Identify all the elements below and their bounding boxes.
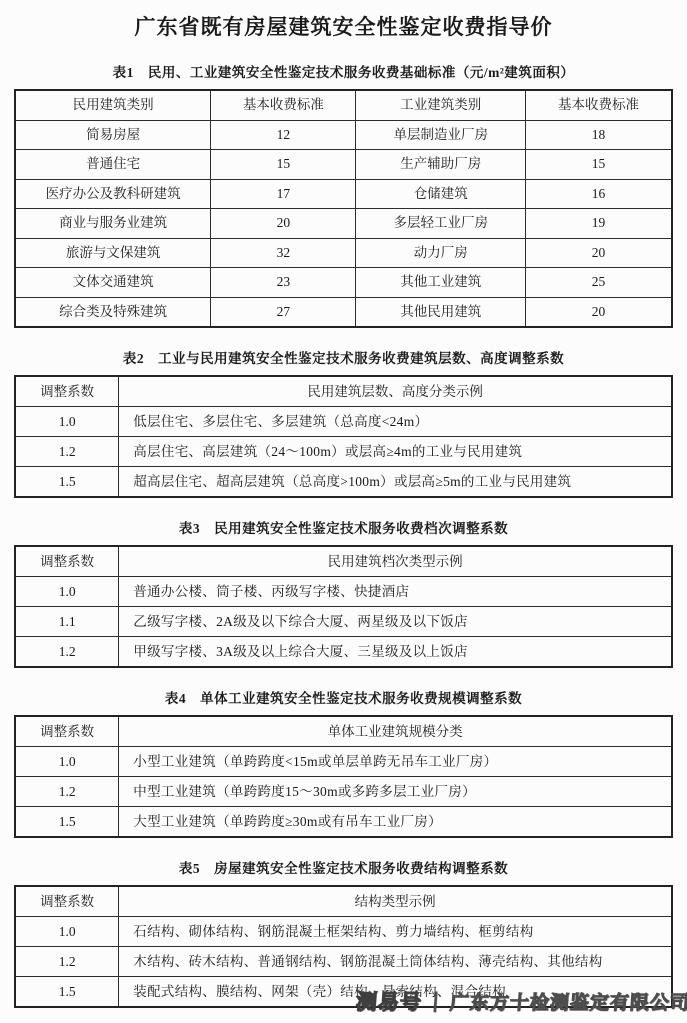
- column-header: 调整系数: [15, 716, 119, 747]
- table-cell: 简易房屋: [15, 120, 211, 150]
- watermark: 测易号｜广东方十检测鉴定有限公司: [355, 986, 687, 1016]
- table-cell: 单层制造业厂房: [356, 120, 526, 150]
- table-cell: 27: [211, 297, 356, 327]
- table-row: 1.2高层住宅、高层建筑（24～100m）或层高≥4m的工业与民用建筑: [15, 437, 672, 467]
- table-row: 1.0小型工业建筑（单跨跨度<15m或单层单跨无吊车工业厂房）: [15, 747, 672, 777]
- table-cell: 17: [211, 179, 356, 209]
- coefficient-cell: 1.2: [15, 777, 119, 807]
- table-cell: 生产辅助厂房: [356, 150, 526, 180]
- table-row: 1.2木结构、砖木结构、普通钢结构、钢筋混凝土筒体结构、薄壳结构、其他结构: [15, 947, 672, 977]
- table-cell: 20: [211, 209, 356, 239]
- document-page: 广东省既有房屋建筑安全性鉴定收费指导价 表1 民用、工业建筑安全性鉴定技术服务收…: [0, 0, 687, 1023]
- table-cell: 低层住宅、多层住宅、多层建筑（总高度<24m）: [119, 407, 672, 437]
- header-row: 调整系数结构类型示例: [15, 886, 672, 917]
- column-header: 单体工业建筑规模分类: [119, 716, 672, 747]
- table-cell: 20: [525, 297, 672, 327]
- table-cell: 普通办公楼、筒子楼、丙级写字楼、快捷酒店: [119, 577, 672, 607]
- header-row: 民用建筑类别基本收费标准工业建筑类别基本收费标准: [15, 90, 672, 120]
- table-row: 1.2甲级写字楼、3A级及以上综合大厦、三星级及以上饭店: [15, 637, 672, 668]
- table-row: 1.5超高层住宅、超高层建筑（总高度>100m）或层高≥5m的工业与民用建筑: [15, 467, 672, 498]
- table1-caption: 表1 民用、工业建筑安全性鉴定技术服务收费基础标准（元/m²建筑面积）: [14, 64, 673, 81]
- column-header: 调整系数: [15, 546, 119, 577]
- table-cell: 综合类及特殊建筑: [15, 297, 211, 327]
- header-row: 调整系数单体工业建筑规模分类: [15, 716, 672, 747]
- watermark-logo: 测易号: [355, 990, 423, 1014]
- watermark-company: 广东方十检测鉴定有限公司: [449, 993, 687, 1014]
- coefficient-cell: 1.2: [15, 637, 119, 668]
- page-title: 广东省既有房屋建筑安全性鉴定收费指导价: [14, 12, 673, 42]
- table-cell: 石结构、砌体结构、钢筋混凝土框架结构、剪力墙结构、框剪结构: [119, 917, 672, 947]
- coefficient-cell: 1.0: [15, 407, 119, 437]
- coefficient-cell: 1.0: [15, 917, 119, 947]
- table-cell: 木结构、砖木结构、普通钢结构、钢筋混凝土筒体结构、薄壳结构、其他结构: [119, 947, 672, 977]
- column-header: 调整系数: [15, 376, 119, 407]
- table-cell: 仓储建筑: [356, 179, 526, 209]
- coefficient-cell: 1.2: [15, 437, 119, 467]
- table-row: 商业与服务业建筑20多层轻工业厂房19: [15, 209, 672, 239]
- table-row: 1.0石结构、砌体结构、钢筋混凝土框架结构、剪力墙结构、框剪结构: [15, 917, 672, 947]
- table-cell: 32: [211, 238, 356, 268]
- table-row: 1.2中型工业建筑（单跨跨度15～30m或多跨多层工业厂房）: [15, 777, 672, 807]
- coefficient-cell: 1.5: [15, 807, 119, 838]
- header-row: 调整系数民用建筑层数、高度分类示例: [15, 376, 672, 407]
- table-cell: 商业与服务业建筑: [15, 209, 211, 239]
- column-header: 基本收费标准: [525, 90, 672, 120]
- table-cell: 乙级写字楼、2A级及以下综合大厦、两星级及以下饭店: [119, 607, 672, 637]
- table-cell: 甲级写字楼、3A级及以上综合大厦、三星级及以上饭店: [119, 637, 672, 668]
- table-cell: 大型工业建筑（单跨跨度≥30m或有吊车工业厂房）: [119, 807, 672, 838]
- table-cell: 小型工业建筑（单跨跨度<15m或单层单跨无吊车工业厂房）: [119, 747, 672, 777]
- scale-coef-table: 调整系数单体工业建筑规模分类1.0小型工业建筑（单跨跨度<15m或单层单跨无吊车…: [14, 715, 673, 838]
- table-cell: 超高层住宅、超高层建筑（总高度>100m）或层高≥5m的工业与民用建筑: [119, 467, 672, 498]
- table-cell: 20: [525, 238, 672, 268]
- table-cell: 多层轻工业厂房: [356, 209, 526, 239]
- coefficient-cell: 1.2: [15, 947, 119, 977]
- fee-base-table: 民用建筑类别基本收费标准工业建筑类别基本收费标准简易房屋12单层制造业厂房18普…: [14, 89, 673, 328]
- table-row: 1.1乙级写字楼、2A级及以下综合大厦、两星级及以下饭店: [15, 607, 672, 637]
- grade-coef-table: 调整系数民用建筑档次类型示例1.0普通办公楼、筒子楼、丙级写字楼、快捷酒店1.1…: [14, 545, 673, 668]
- table-row: 1.0普通办公楼、筒子楼、丙级写字楼、快捷酒店: [15, 577, 672, 607]
- coefficient-cell: 1.1: [15, 607, 119, 637]
- coefficient-cell: 1.5: [15, 467, 119, 498]
- table-row: 医疗办公及教科研建筑17仓储建筑16: [15, 179, 672, 209]
- column-header: 调整系数: [15, 886, 119, 917]
- coefficient-cell: 1.0: [15, 577, 119, 607]
- watermark-separator: ｜: [421, 993, 450, 1014]
- table-cell: 18: [525, 120, 672, 150]
- table-row: 普通住宅15生产辅助厂房15: [15, 150, 672, 180]
- table-cell: 其他工业建筑: [356, 268, 526, 298]
- table-cell: 19: [525, 209, 672, 239]
- table-row: 综合类及特殊建筑27其他民用建筑20: [15, 297, 672, 327]
- table-cell: 文体交通建筑: [15, 268, 211, 298]
- table5-caption: 表5 房屋建筑安全性鉴定技术服务收费结构调整系数: [14, 860, 673, 877]
- table-cell: 15: [211, 150, 356, 180]
- table3-caption: 表3 民用建筑安全性鉴定技术服务收费档次调整系数: [14, 520, 673, 537]
- column-header: 民用建筑档次类型示例: [119, 546, 672, 577]
- table-cell: 其他民用建筑: [356, 297, 526, 327]
- table-cell: 12: [211, 120, 356, 150]
- height-coef-table: 调整系数民用建筑层数、高度分类示例1.0低层住宅、多层住宅、多层建筑（总高度<2…: [14, 375, 673, 498]
- table-cell: 中型工业建筑（单跨跨度15～30m或多跨多层工业厂房）: [119, 777, 672, 807]
- header-row: 调整系数民用建筑档次类型示例: [15, 546, 672, 577]
- table-row: 1.5大型工业建筑（单跨跨度≥30m或有吊车工业厂房）: [15, 807, 672, 838]
- table-cell: 23: [211, 268, 356, 298]
- coefficient-cell: 1.5: [15, 977, 119, 1008]
- table-cell: 动力厂房: [356, 238, 526, 268]
- table-cell: 医疗办公及教科研建筑: [15, 179, 211, 209]
- table-cell: 25: [525, 268, 672, 298]
- table-row: 简易房屋12单层制造业厂房18: [15, 120, 672, 150]
- table-row: 旅游与文保建筑32动力厂房20: [15, 238, 672, 268]
- column-header: 基本收费标准: [211, 90, 356, 120]
- table-cell: 普通住宅: [15, 150, 211, 180]
- coefficient-cell: 1.0: [15, 747, 119, 777]
- column-header: 结构类型示例: [119, 886, 672, 917]
- table-cell: 高层住宅、高层建筑（24～100m）或层高≥4m的工业与民用建筑: [119, 437, 672, 467]
- table-cell: 15: [525, 150, 672, 180]
- table-cell: 旅游与文保建筑: [15, 238, 211, 268]
- column-header: 民用建筑层数、高度分类示例: [119, 376, 672, 407]
- table-cell: 16: [525, 179, 672, 209]
- table2-caption: 表2 工业与民用建筑安全性鉴定技术服务收费建筑层数、高度调整系数: [14, 350, 673, 367]
- column-header: 工业建筑类别: [356, 90, 526, 120]
- column-header: 民用建筑类别: [15, 90, 211, 120]
- table4-caption: 表4 单体工业建筑安全性鉴定技术服务收费规模调整系数: [14, 690, 673, 707]
- table-row: 1.0低层住宅、多层住宅、多层建筑（总高度<24m）: [15, 407, 672, 437]
- table-row: 文体交通建筑23其他工业建筑25: [15, 268, 672, 298]
